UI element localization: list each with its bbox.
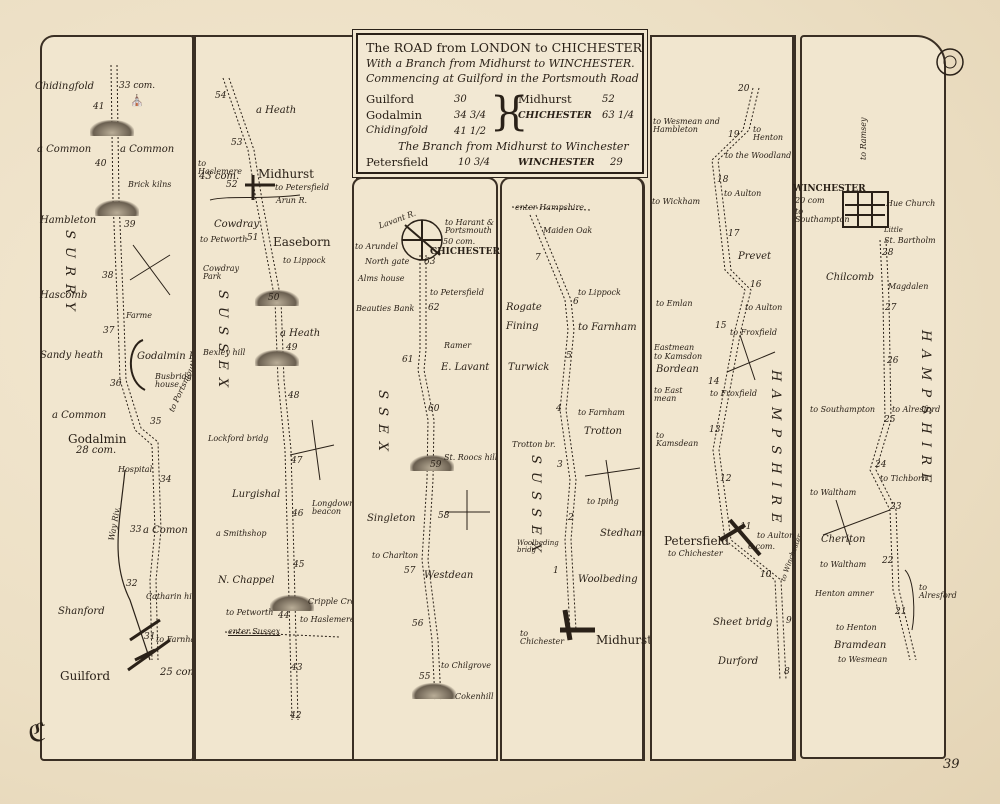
place-chilcomb: Chilcomb: [826, 273, 874, 283]
place-hue-church: Hue Church: [886, 200, 935, 208]
label-to-waltham: to Waltham: [820, 561, 866, 569]
label-to-alresford: to Alresford: [919, 584, 947, 600]
town-winchester: WINCHESTER: [793, 185, 866, 194]
place-cheriton: Cheriton: [821, 535, 865, 545]
place-henton-amner: Henton amner: [815, 590, 874, 598]
milestone-25: 25: [884, 416, 895, 425]
label-to-southampton: to Southampton: [795, 208, 840, 224]
place-st-bartholm: St. Bartholm: [884, 237, 936, 245]
label-to-tichborn: to Tichborn: [880, 475, 927, 483]
milestone-22: 22: [882, 557, 893, 566]
label-to-alresford: to Alresford: [892, 406, 940, 414]
page-number: 39: [943, 757, 960, 772]
label-to-wesmean: to Wesmean: [838, 656, 887, 664]
label-to-waltham: to Waltham: [810, 489, 856, 497]
label-to-ramsey: to Ramsey: [860, 118, 868, 161]
place-bramdean: Bramdean: [834, 641, 886, 651]
label-to-southampton: to Southampton: [810, 406, 875, 414]
county-label-hampshire: H A M P S H I R E: [918, 330, 933, 590]
label-to-henton: to Henton: [836, 624, 877, 632]
milestone-21: 21: [895, 608, 906, 617]
milestone-28: 28: [882, 249, 893, 258]
label-little: Little: [884, 227, 903, 234]
milestone-23: 23: [890, 503, 901, 512]
place-magdalen: Magdalen: [888, 283, 928, 291]
milestone-26: 26: [887, 357, 898, 366]
commons-label: 20 com: [795, 197, 825, 205]
milestone-27: 27: [885, 304, 896, 313]
milestone-24: 24: [875, 461, 886, 470]
